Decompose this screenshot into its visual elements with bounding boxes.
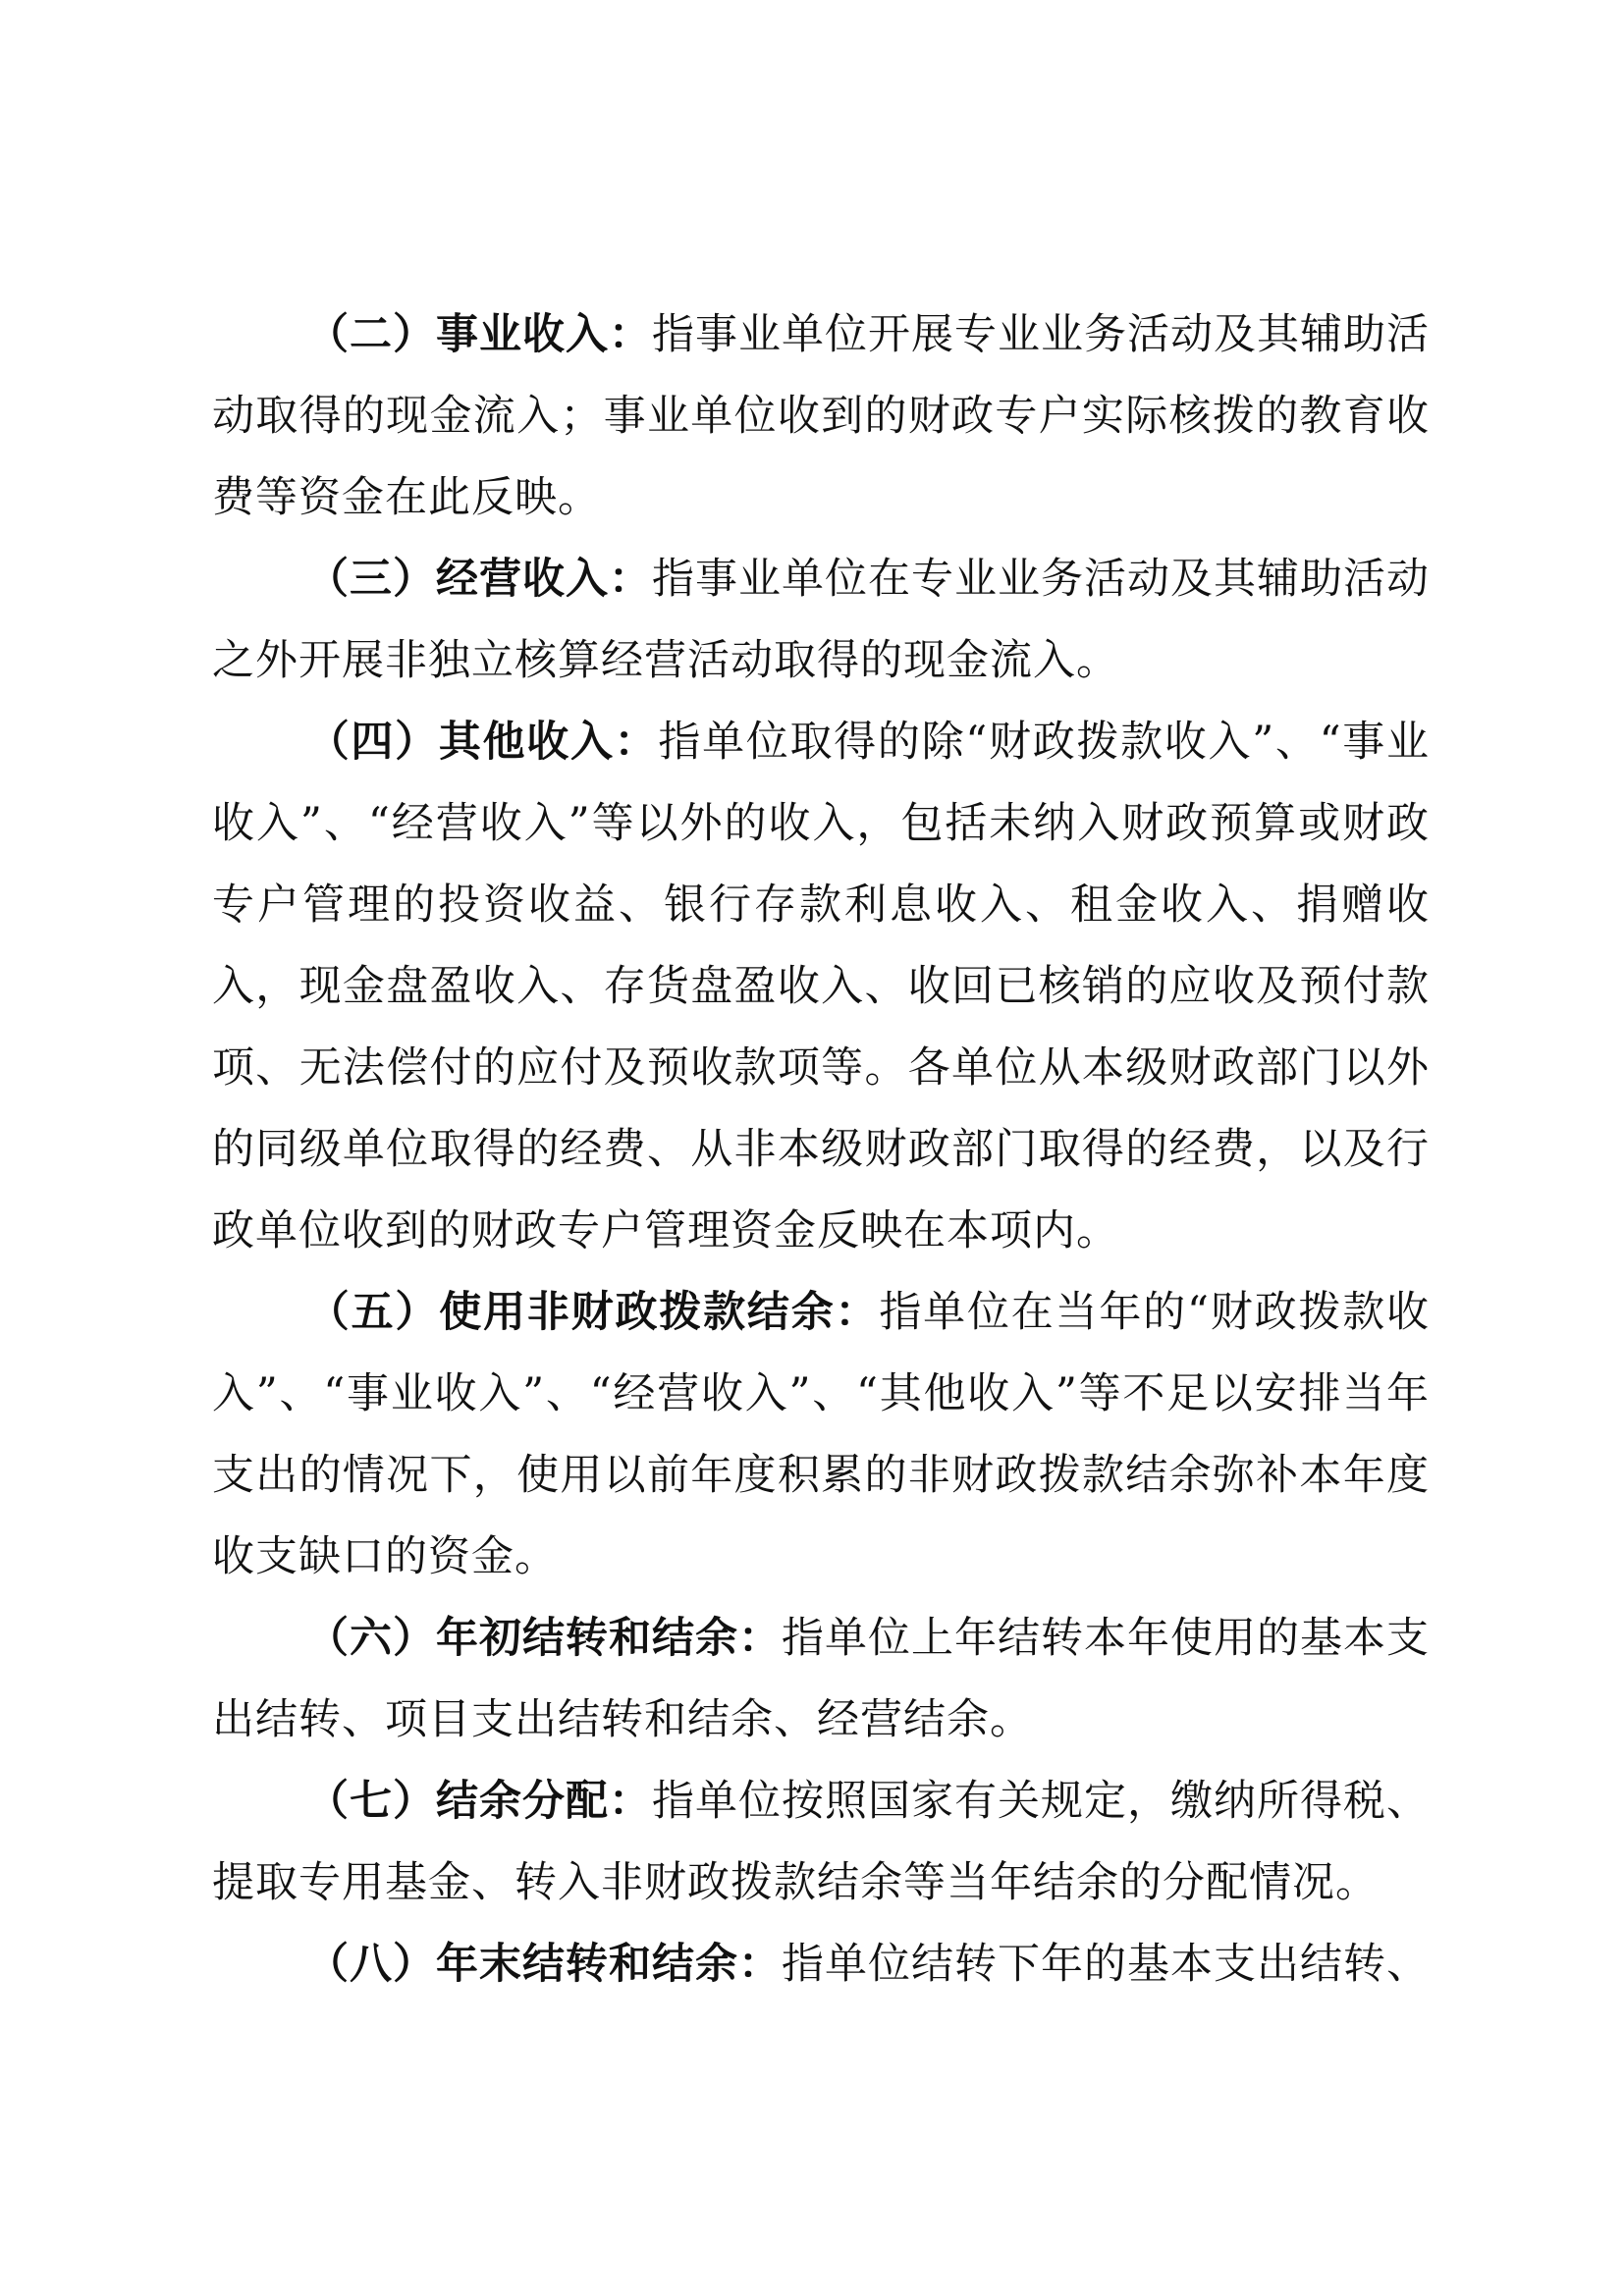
paragraph-other-income: （四）其他收入：指单位取得的除“财政拨款收入”、“事业收入”、“经营收入”等以外… (212, 702, 1430, 1272)
paragraph-closing-carryover: （八）年末结转和结余：指单位结转下年的基本支出结转、 (212, 1924, 1430, 2005)
paragraph-surplus-distribution: （七）结余分配：指单位按照国家有关规定，缴纳所得税、提取专用基金、转入非财政拨款… (212, 1761, 1430, 1924)
document-page: （二）事业收入：指事业单位开展专业业务活动及其辅助活动取得的现金流入；事业单位收… (212, 294, 1430, 2005)
paragraph-label: （三）经营收入： (306, 555, 652, 604)
paragraph-label: （六）年初结转和结余： (306, 1614, 782, 1663)
paragraph-opening-carryover: （六）年初结转和结余：指单位上年结转本年使用的基本支出结转、项目支出结转和结余、… (212, 1598, 1430, 1761)
paragraph-label: （四）其他收入： (306, 718, 658, 767)
paragraph-text: 指单位取得的除“财政拨款收入”、“事业收入”、“经营收入”等以外的收入，包括未纳… (212, 718, 1430, 1255)
paragraph-business-income: （二）事业收入：指事业单位开展专业业务活动及其辅助活动取得的现金流入；事业单位收… (212, 294, 1430, 539)
paragraph-operating-income: （三）经营收入：指事业单位在专业业务活动及其辅助活动之外开展非独立核算经营活动取… (212, 539, 1430, 702)
paragraph-non-fiscal-balance: （五）使用非财政拨款结余：指单位在当年的“财政拨款收入”、“事业收入”、“经营收… (212, 1272, 1430, 1598)
paragraph-label: （五）使用非财政拨款结余： (306, 1288, 879, 1337)
paragraph-text: 指单位结转下年的基本支出结转、 (782, 1940, 1430, 1989)
paragraph-label: （二）事业收入： (306, 310, 652, 359)
paragraph-label: （七）结余分配： (306, 1777, 652, 1826)
paragraph-label: （八）年末结转和结余： (306, 1940, 782, 1989)
